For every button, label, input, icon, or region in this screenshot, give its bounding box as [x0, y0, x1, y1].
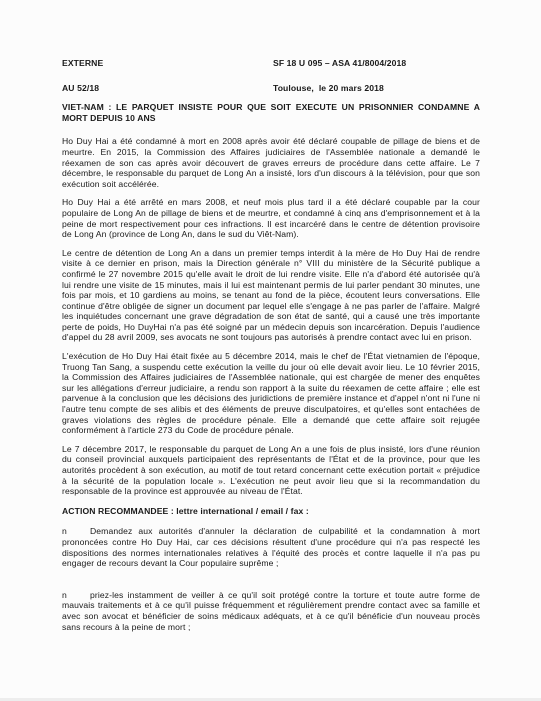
document-header-row-1: EXTERNE SF 18 U 095 – ASA 41/8004/2018 — [62, 58, 480, 69]
document-title: VIET-NAM : LE PARQUET INSISTE POUR QUE S… — [62, 102, 480, 123]
action-item-text: priez-les instamment de veiller à ce qu'… — [62, 590, 480, 632]
place-date: Toulouse, le 20 mars 2018 — [273, 83, 480, 94]
action-item-text: Demandez aux autorités d'annuler la décl… — [62, 526, 480, 568]
body-paragraph-2: Ho Duy Hai a été arrêté en mars 2008, et… — [62, 197, 480, 239]
bullet-marker: n — [62, 526, 90, 537]
reference-number: SF 18 U 095 – ASA 41/8004/2018 — [273, 58, 480, 69]
document-body: EXTERNE SF 18 U 095 – ASA 41/8004/2018 A… — [62, 58, 480, 632]
body-paragraph-3: Le centre de détention de Long An a dans… — [62, 248, 480, 343]
body-paragraph-5: Le 7 décembre 2017, le responsable du pa… — [62, 444, 480, 497]
document-page: EXTERNE SF 18 U 095 – ASA 41/8004/2018 A… — [0, 0, 541, 701]
bullet-marker: n — [62, 590, 90, 601]
body-paragraph-4: L'exécution de Ho Duy Hai était fixée au… — [62, 351, 480, 436]
action-number: AU 52/18 — [62, 83, 273, 94]
document-header-row-2: AU 52/18 Toulouse, le 20 mars 2018 — [62, 83, 480, 94]
body-paragraph-1: Ho Duy Hai a été condamné à mort en 2008… — [62, 136, 480, 189]
action-heading: ACTION RECOMMANDEE : lettre internationa… — [62, 506, 480, 517]
action-item-1: nDemandez aux autorités d'annuler la déc… — [62, 526, 480, 568]
action-item-2: npriez-les instamment de veiller à ce qu… — [62, 590, 480, 632]
doc-type-label: EXTERNE — [62, 58, 273, 69]
